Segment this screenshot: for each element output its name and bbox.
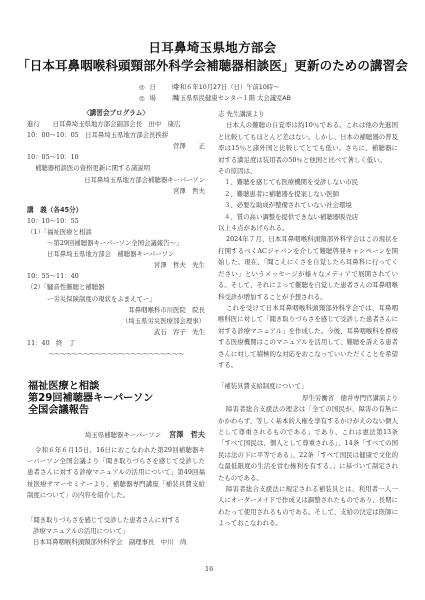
paragraph: 2024年７月、日本耳鼻咽喉科頭頸部外科学会はこの現状を打開するべくACジャパン… [218,234,398,302]
wavy-divider: 〜〜〜〜〜〜〜〜〜〜〜〜〜〜〜〜〜〜〜〜〜〜〜 [27,349,205,360]
report-title: 福祉医療と相談 第29回補聴器キーパーソン 全国会議報告 [28,381,153,417]
section-title: 「補装具費支給制度について」 [218,381,398,392]
lecture-line: ー労災保険制度の現状をふまえてー」 [27,294,205,305]
causes-outro: 以上４点があげられる。 [218,223,398,234]
lecture-line: 〜第29回補聴器キーパーソン全国会議報告〜」 [27,238,205,249]
program-line: 宮澤 哲夫 [27,186,205,197]
manual-title-line: 「聞き取りづらさを感じて受診した患者さんに対する [27,515,207,526]
cause-item: ３、必要な助成が整備されていない社会環境 [224,200,398,211]
program-line: 進行 日耳鼻埼玉県地方部会副部会長 田中 康広 [27,119,205,130]
program-heading: 〈講習会プログラム〉 [27,108,205,119]
paragraph: 日本人の難聴の自覚率は約10％である。これは他の先進国と比較してもほとんど差はな… [218,120,398,166]
report-title-line: 第29回補聴器キーパーソン [28,393,153,405]
lecture-line: 耳鼻咽喉科市川医院 院長 [27,305,205,316]
manual-title-line: 診療マニュアルの活用について」 [27,526,207,537]
paragraph: 障害者総合支援法に規定される補装具とは、利用者一人一人にオーダーメイドで作成又は… [218,484,398,530]
page-number: 16 [205,565,213,573]
program-line: 10：05〜10：10 [27,152,205,163]
program-line: 10：00〜10：05 日耳鼻埼玉県地方部会長挨拶 [27,130,205,141]
section-byline: 厚生労働省 徳井専門官講演より [218,393,398,404]
page-title: 日耳鼻埼玉県地方部会 [0,38,425,56]
date-value: 令和６年10月27日（日）午前10時〜 [174,84,280,91]
page-subtitle: 「日本耳鼻咽喉科頭頸部外科学会補聴器相談医」更新のための講習会 [0,56,425,74]
date-label: 日 時 [150,82,172,91]
lecture-line: 11：40 終 了 [27,338,205,349]
cause-item: １、難聴を感じても医療機関を受診しない市民 [224,177,398,188]
byline-org: 埼玉県補聴器キーパーソン [85,431,161,439]
right-column: 志 先生講演より 日本人の難聴の自覚率は約10％である。これは他の先進国と比較し… [218,109,398,530]
lecture-line: 武石 容子 先生 [27,327,205,338]
program-section: 〈講習会プログラム〉 進行 日耳鼻埼玉県地方部会副部会長 田中 康広 10：00… [27,108,205,360]
lecture-line: 日耳鼻埼玉県地方部会 補聴器キーパーソン [27,249,205,260]
document-page: 日耳鼻埼玉県地方部会 「日本耳鼻咽喉科頭頸部外科学会補聴器相談医」更新のための講… [0,0,425,600]
lecture-source: 志 先生講演より [218,109,398,120]
program-line: 菅澤 正 [27,141,205,152]
lecture-heading: 講 義（各45分） [27,205,205,216]
manual-speaker: 日本耳鼻咽喉科頭頸部外科学会 副理事長 中川 尚 [27,537,207,548]
bullet-icon: ◎ [139,84,145,91]
event-venue: ◎場 所 埼玉県県民健康センター１階 大会議室AB [139,93,291,102]
lecture-line: 10：55〜11：40 [27,271,205,282]
report-title-line: 全国会議報告 [28,405,153,417]
program-line: 日耳鼻埼玉県地方部会補聴器キーパーソン [27,175,205,186]
event-date: ◎日 時 令和６年10月27日（日）午前10時〜 [139,82,279,91]
venue-label: 場 所 [150,93,172,102]
cause-item: ４、質の高い調整を提供できない補聴器販売店 [224,212,398,223]
program-line: 補聴器相談医の資格更新に関する諸説明 [27,163,205,174]
lecture-line: 10：10〜10：55 [27,216,205,227]
byline-name: 宮澤 哲夫 [169,430,205,439]
report-intro: 令和６年６月15日、16日におこなわれた第29回補聴器キーパーソン全国会議より「… [27,445,205,501]
causes-list: １、難聴を感じても医療機関を受診しない市民 ２、難聴患者に補聴器を提案しない医師… [218,177,398,223]
manual-section-heading: 「聞き取りづらさを感じて受診した患者さんに対する 診療マニュアルの活用について」… [27,515,207,548]
causes-intro: その原因は、 [218,166,398,177]
venue-value: 埼玉県県民健康センター１階 大会議室AB [174,95,291,102]
report-title-line: 福祉医療と相談 [28,381,153,393]
lecture-line: （2）「騒音性難聴と補聴器 [27,282,205,293]
lecture-line: （埼玉県労災医療部会理事） [27,316,205,327]
bullet-icon: ◎ [139,95,145,102]
paragraph: これを受けて日本耳鼻咽喉科頭頸部外科学会では、耳鼻咽喉科医に対して「聞き取りづら… [218,303,398,371]
report-byline: 埼玉県補聴器キーパーソン宮澤 哲夫 [27,430,205,440]
paragraph: 障害者総合支援法の理念は「全ての国民が、障害の有無にかかわらず、等しく基本的人権… [218,404,398,484]
lecture-line: 宮澤 哲夫 先生 [27,260,205,271]
cause-item: ２、難聴患者に補聴器を提案しない医師 [224,189,398,200]
lecture-line: （1）「福祉医療と相談 [27,227,205,238]
